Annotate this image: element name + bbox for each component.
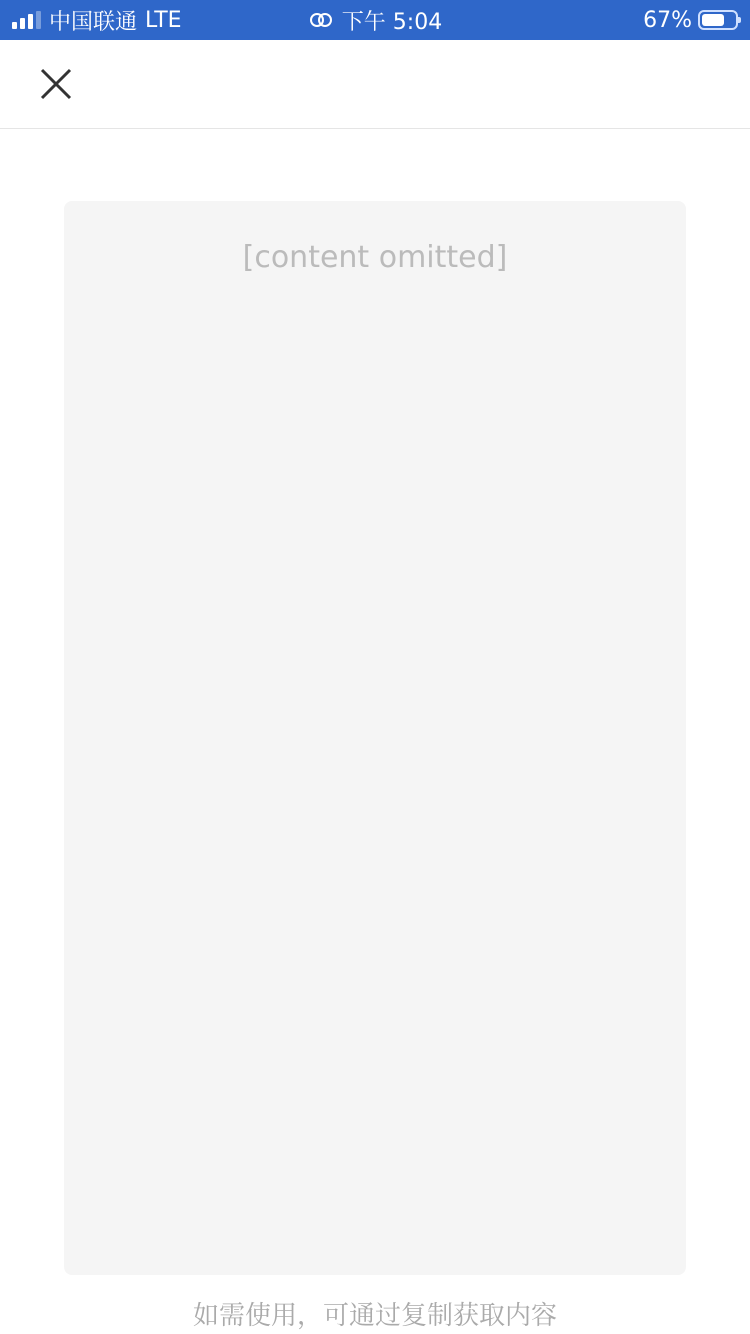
copy-hint: 如需使用，可通过复制获取内容 [0, 1295, 750, 1332]
clock: 下午 5:04 [342, 5, 442, 36]
link-icon [308, 11, 334, 29]
status-center: 下午 5:04 [0, 5, 750, 36]
close-button[interactable] [36, 64, 76, 104]
status-right: 67% [643, 8, 738, 33]
battery-icon [698, 10, 738, 30]
battery-percent: 67% [643, 8, 692, 33]
close-icon [36, 64, 76, 104]
status-bar: 中国联通 LTE 下午 5:04 67% [0, 0, 750, 40]
card-line: [content omitted] [96, 231, 654, 285]
header [0, 40, 750, 129]
content-card: [content omitted] [64, 201, 686, 1275]
